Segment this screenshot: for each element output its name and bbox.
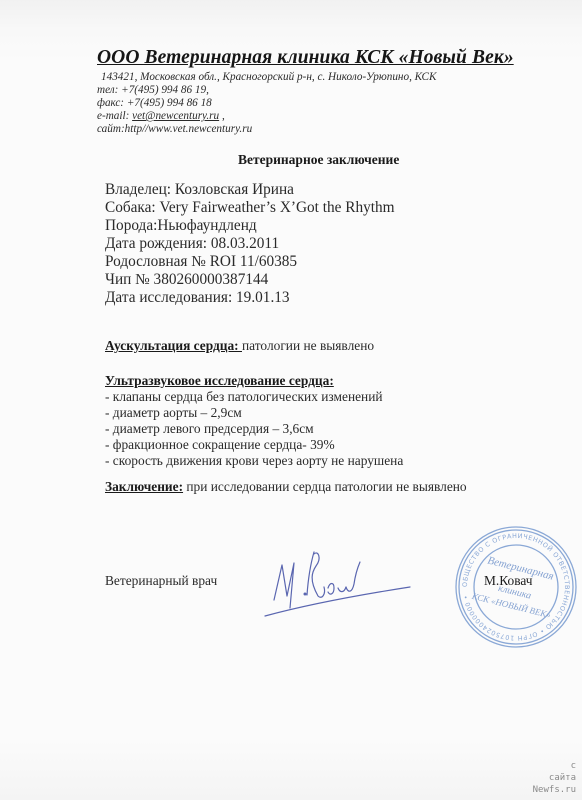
clinic-phone: тел: +7(495) 994 86 19, <box>97 84 209 97</box>
ultrasound-item: - диаметр левого предсердия – 3,6см <box>105 421 314 437</box>
clinic-email-line: e-mail: vet@newcentury.ru , <box>97 110 225 123</box>
auscultation-result: патологии не выявлено <box>242 338 374 353</box>
clinic-fax: факс: +7(495) 994 86 18 <box>97 97 212 110</box>
email-label: e-mail: <box>97 110 132 122</box>
site-watermark: с сайта Newfs.ru <box>533 760 576 796</box>
clinic-name: ООО Ветеринарная клиника КСК «Новый Век» <box>97 47 514 69</box>
auscultation-section: Аускультация сердца: патологии не выявле… <box>105 338 374 354</box>
conclusion-text: при исследовании сердца патологии не выя… <box>183 479 467 494</box>
ultrasound-item: - диаметр аорты – 2,9см <box>105 405 242 421</box>
email-suffix: , <box>219 110 225 122</box>
birth-date-line: Дата рождения: 08.03.2011 <box>105 235 279 253</box>
signer-role: Ветеринарный врач <box>105 573 217 589</box>
breed-line: Порода:Ньюфаундленд <box>105 217 257 235</box>
handwritten-signature <box>262 538 412 618</box>
clinic-website: сайт:http//www.vet.newcentury.ru <box>97 123 252 136</box>
clinic-address: 143421, Московская обл., Красногорский р… <box>101 71 436 84</box>
pedigree-line: Родословная № ROI 11/60385 <box>105 253 297 271</box>
auscultation-heading: Аускультация сердца: <box>105 338 242 353</box>
ultrasound-item: - фракционное сокращение сердца- 39% <box>105 437 335 453</box>
chip-line: Чип № 380260000387144 <box>105 271 268 289</box>
email-link[interactable]: vet@newcentury.ru <box>132 110 219 122</box>
conclusion-section: Заключение: при исследовании сердца пато… <box>105 479 467 495</box>
ultrasound-heading: Ультразвуковое исследование сердца: <box>105 373 334 389</box>
ultrasound-item: - скорость движения крови через аорту не… <box>105 453 403 469</box>
dog-line: Собака: Very Fairweather’s X’Got the Rhy… <box>105 199 395 217</box>
doctor-name: М.Ковач <box>484 573 533 589</box>
owner-line: Владелец: Козловская Ирина <box>105 181 294 199</box>
document-title: Ветеринарное заключение <box>238 152 399 168</box>
ultrasound-item: - клапаны сердца без патологических изме… <box>105 389 383 405</box>
conclusion-heading: Заключение: <box>105 479 183 494</box>
exam-date-line: Дата исследования: 19.01.13 <box>105 289 290 307</box>
